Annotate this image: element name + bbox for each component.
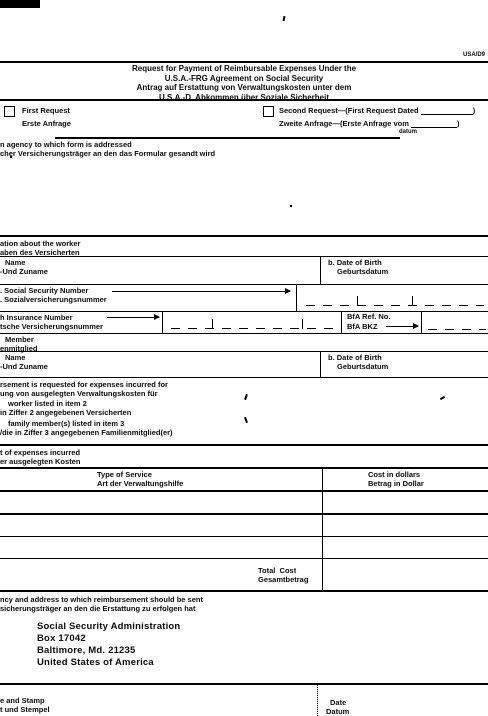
expense-cost-cell-1[interactable] [323,492,488,512]
member-name-field[interactable] [60,353,315,375]
first-request-date-field-de[interactable] [411,120,457,128]
footer-divider [317,685,318,716]
expenses-section-title-de: er ausgelegten Kosten [0,457,80,466]
member-dob-label-de: Geburtsdatum [337,362,388,371]
table-row-line [0,536,488,537]
bfa-pointer-arrow [386,326,418,327]
remittance-address-line-4: United States of America [37,657,154,668]
form-title: Request for Payment of Reimbursable Expe… [0,64,488,102]
date-hint-label: datum [399,129,417,136]
reimbursement-intro-en: rsement is requested for expenses incurr… [0,380,168,389]
form-title-en-2: U.S.A.-FRG Agreement on Social Security [0,74,488,84]
divider [0,99,488,101]
option-family-label-en[interactable]: family member(s) listed in item 3 [8,419,124,428]
date-label-en: Date [330,698,346,707]
form-title-en-1: Request for Payment of Reimbursable Expe… [0,64,488,74]
worker-dob-label-en: b. Date of Birth [328,258,382,267]
scan-artifact [244,417,248,423]
first-request-label-de: Erste Anfrage [22,119,71,128]
expense-cost-cell-2[interactable] [323,515,488,535]
first-request-checkbox[interactable] [4,106,15,117]
signature-area[interactable] [60,690,310,716]
table-row-line [0,558,488,559]
remittance-address-line-1: Social Security Administration [37,621,180,632]
scan-artifact [0,0,40,8]
second-request-line-en: Second Request—(First Request Dated ) [279,106,475,115]
remittance-label-en: ncy and address to which reimbursement s… [0,595,203,604]
divider [0,256,488,257]
agency-label-de: cher Versicherungsträger an den das Form… [0,149,215,158]
second-request-line-de: Zweite Anfrage—(Erste Anfrage vom ) [279,119,459,128]
total-cost-label-en: Total Cost [258,566,296,575]
option-family-label-de: /die in Ziffer 3 angegebenen Familienmit… [0,428,173,437]
remittance-address-line-2: Box 17042 [37,633,86,644]
reimbursement-intro-de: ung von ausgelegten Verwaltungskosten fü… [0,389,158,398]
german-insurance-field[interactable] [164,312,336,332]
worker-ssn-label-de: . Sozialversicherungsnummer [0,295,107,304]
expenses-section-title-en: t of expenses incurred [0,448,80,457]
divider [0,683,488,685]
option-worker-label-de: in Ziffer 2 angegebenen Versicherten [0,408,131,417]
divider [421,311,422,333]
form-code: USA/D9 [463,52,485,59]
worker-dob-label-de: Geburtsdatum [337,267,388,276]
second-request-paren-en: ) [473,106,476,115]
member-dob-label-en: b. Date of Birth [328,353,382,362]
scan-artifact [244,394,248,400]
first-request-date-field[interactable] [421,107,473,115]
divider [55,137,400,139]
divider [0,333,488,334]
scan-artifact [283,16,286,21]
total-cost-label-de: Gesamtbetrag [258,575,308,584]
divider [320,351,321,377]
divider [0,444,488,446]
col-header-cost-en: Cost in dollars [368,470,420,479]
divider [162,311,163,333]
worker-name-label-en: Name [5,258,25,267]
signature-stamp-label-en: e and Stamp [0,696,45,705]
col-header-cost-de: Betrag in Dollar [368,479,424,488]
german-insurance-label-en: h Insurance Number [0,313,73,322]
german-insurance-label-de: tsche Versicherungsnummer [0,322,103,331]
worker-section-title-en: ation about the worker [0,239,80,248]
expense-service-cell-2[interactable] [0,515,321,535]
worker-ssn-label-en: . Social Security Number [0,286,88,295]
divider [320,256,321,284]
divider [0,235,488,237]
worker-name-label-de: -Und Zuname [0,267,48,276]
bfa-ref-field[interactable] [423,312,486,332]
member-name-label-de: -Und Zuname [0,362,48,371]
remittance-label-de: sicherungsträger an den die Erstattung z… [0,604,195,613]
expense-cost-cell-3[interactable] [323,538,488,557]
table-border [0,467,488,469]
german-insurance-pointer-arrow [107,317,159,318]
divider [341,311,342,333]
date-label-de: Datum [326,707,349,716]
date-area[interactable] [360,692,485,716]
scanned-form-page: USA/D9 Request for Payment of Reimbursab… [0,0,488,716]
member-dob-field[interactable] [400,353,485,375]
second-request-paren-de: ) [457,119,460,128]
total-cost-value-cell[interactable] [323,560,488,588]
divider [0,61,488,63]
signature-stamp-label-de: t und Stempel [0,705,50,714]
divider [0,377,488,378]
worker-dob-field[interactable] [400,258,485,282]
expense-service-cell-3[interactable] [0,538,321,557]
col-header-service-de: Art der Verwaltungshilfe [97,479,183,488]
ssn-pointer-arrow [112,291,290,292]
divider [296,284,297,311]
member-name-label-en: Name [5,353,25,362]
second-request-checkbox[interactable] [263,106,274,117]
worker-name-field[interactable] [60,258,315,282]
form-title-de-1: Antrag auf Erstattung von Verwaltungskos… [0,83,488,93]
first-request-label-en: First Request [22,106,70,115]
scan-artifact [440,396,445,400]
second-request-label-de: Zweite Anfrage—(Erste Anfrage vom [279,119,411,128]
member-section-title-en: Member [5,335,34,344]
agency-label-en: n agency to which form is addressed [0,140,132,149]
table-border [0,590,488,592]
option-worker-label-en[interactable]: worker listed in item 2 [8,399,87,408]
remittance-address-line-3: Baltimore, Md. 21235 [37,645,136,656]
worker-ssn-field[interactable] [298,285,486,309]
second-request-label-en: Second Request—(First Request Dated [279,106,421,115]
col-header-service-en: Type of Service [97,470,152,479]
agency-address-area[interactable] [0,160,488,232]
bfa-ref-label-de: BfA BKZ [347,322,378,331]
bfa-ref-label-en: BfA Ref. No. [347,312,390,321]
divider [0,351,488,352]
expense-service-cell-1[interactable] [0,492,321,512]
